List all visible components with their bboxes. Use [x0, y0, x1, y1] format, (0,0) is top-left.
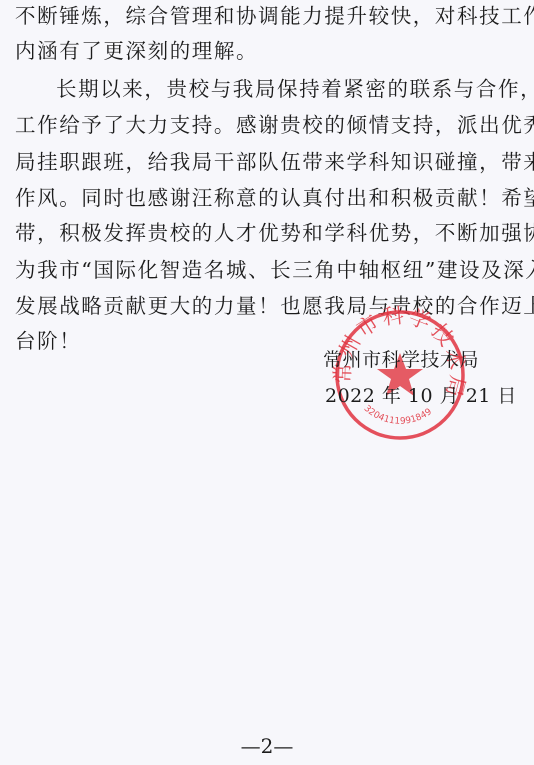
- paragraph-line: 带，积极发挥贵校的人才优势和学科优势，不断加强协同联动，: [15, 221, 520, 245]
- paragraph-line: 作风。同时也感谢汪称意的认真付出和积极贡献！希望以此为纽: [15, 186, 520, 210]
- document-page: 不断锤炼，综合管理和协调能力提升较快，对科技工作的业务和 内涵有了更深刻的理解。…: [0, 0, 534, 765]
- official-seal-icon: 常州市科学技术局 3204111991849: [330, 305, 470, 445]
- signature-organization: 常州市科学技术局: [323, 345, 479, 372]
- paragraph-line: 工作给予了大力支持。感谢贵校的倾情支持，派出优秀人才到我: [15, 113, 520, 137]
- paragraph-line: 内涵有了更深刻的理解。: [15, 39, 520, 63]
- paragraph-line: 局挂职跟班，给我局干部队伍带来学科知识碰撞，带来严谨治学: [15, 150, 520, 174]
- paragraph-line: 长期以来，贵校与我局保持着紧密的联系与合作，对我局的: [56, 77, 534, 101]
- signature-date: 2022 年 10 月 21 日: [325, 381, 517, 408]
- page-number: —2—: [0, 734, 534, 758]
- paragraph-line: 为我市“国际化智造名城、长三角中轴枢纽”建设及深入实施“532”: [15, 258, 520, 282]
- paragraph-line: 不断锤炼，综合管理和协调能力提升较快，对科技工作的业务和: [15, 4, 520, 28]
